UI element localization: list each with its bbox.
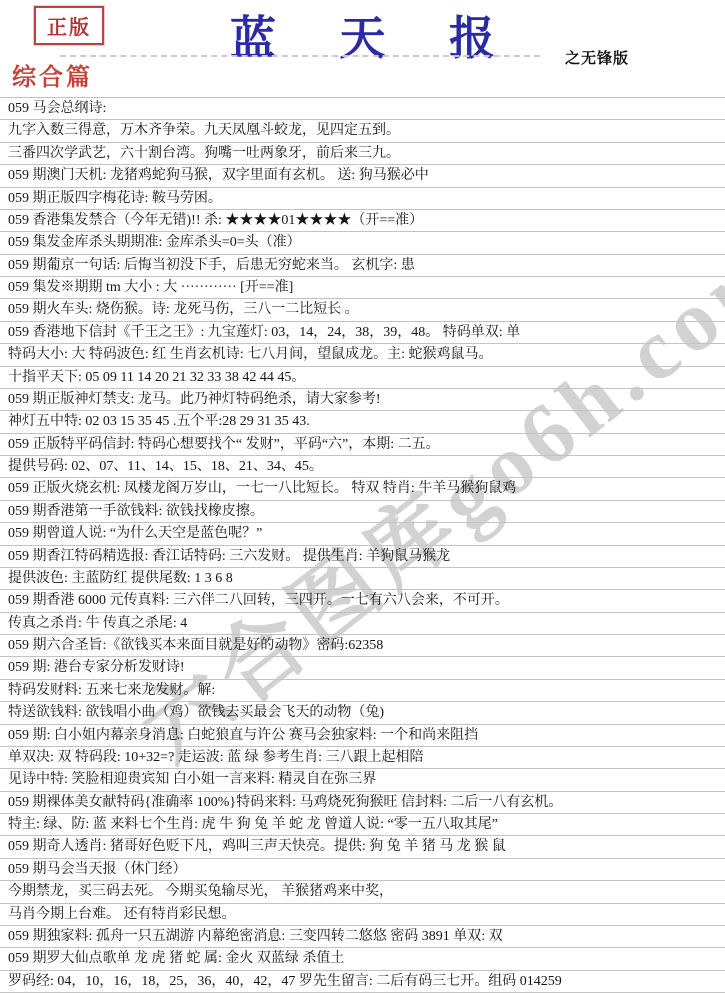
report-line: 特送欲钱料: 欲钱唱小曲（鸡）欲钱去买最会飞天的动物（兔) [0,702,725,724]
report-line: 059 期裸体美女献特码{准确率 100%}特码来料: 马鸡烧死狗猴旺 信封料:… [0,792,725,814]
report-line: 059 期火车头: 烧伤猴。诗: 龙死马伤，三八一二比短长 。 [0,299,725,321]
report-line: 单双决: 双 特码段: 10+32=? 走运波: 蓝 绿 参考生肖: 三八跟上起… [0,747,725,769]
report-line: 059 期香江特码精选报: 香江话特码: 三六发财。 提供生肖: 羊狗鼠马猴龙 [0,546,725,568]
report-line: 059 集发金库杀头期期准: 金库杀头=0=头（准） [0,232,725,254]
report-line: 059 正版特平码信封: 特码心想要找个“ 发财”，平码“六”，本期: 二五。 [0,434,725,456]
report-line: 特主: 绿、防: 蓝 来料七个生肖: 虎 牛 狗 兔 羊 蛇 龙 曾道人说: “… [0,814,725,836]
report-line: 059 期正版神灯禁支: 龙马。此乃神灯特码绝杀，请大家参考! [0,389,725,411]
report-line: 059 期香港第一手欲钱料: 欲钱找橡皮擦。 [0,501,725,523]
report-line: 059 香港地下信封《千王之王》: 九宝莲灯: 03，14，24，38，39，4… [0,322,725,344]
report-line: 059 期独家料: 孤舟一只五湖游 内幕绝密消息: 三变四转二悠悠 密码 389… [0,926,725,948]
report-line: 059 期奇人透肖: 猪哥好色贬下凡，鸡叫三声天快亮。提供: 狗 兔 羊 猪 马… [0,836,725,858]
report-line: 059 马会总纲诗: [0,98,725,120]
report-line: 059 期: 白小姐内幕亲身消息: 白蛇狼直与许公 赛马会独家料: 一个和尚来阻… [0,725,725,747]
report-line: 九字入数三得意，万木齐争荣。九天凤凰斗蛟龙，见四定五到。 [0,120,725,142]
edition-label: 之无锋版 [565,47,629,68]
section-heading: 综合篇 [12,57,93,92]
report-line: 今期禁龙，买三码去死。 今期买兔输尽光， 羊猴猪鸡来中奖， [0,881,725,903]
report-line: 059 期马会当天报（休门经） [0,859,725,881]
report-line: 059 正版火烧玄机: 凤楼龙阁万岁山，一七一八比短长。 特双 特肖: 牛羊马猴… [0,478,725,500]
report-line: 059 期正版四字梅花诗: 鞍马劳困。 [0,188,725,210]
report-line: 059 期: 港台专家分析发财诗! [0,657,725,679]
report-line: 059 期葡京一句话: 后悔当初没下手，后患无穷蛇来当。 玄机字: 患 [0,255,725,277]
report-page: 正版 蓝 天 报 之无锋版 综合篇 六合图库go6h.com 059 马会总纲诗… [0,0,725,993]
report-line: 马肖今期上台难。 还有特肖彩民想。 [0,904,725,926]
report-line: 特码发财料: 五来七来龙发财。解: [0,680,725,702]
report-line: 提供波色: 主蓝防红 提供尾数: 1 3 6 8 [0,568,725,590]
report-line: 059 期六合圣旨:《欲钱买本来面目就是好的动物》密码:62358 [0,635,725,657]
report-line: 059 集发※期期 tm 大小 : 大 ············ [开==准] [0,277,725,299]
report-line: 神灯五中特: 02 03 15 35 45 .五个平:28 29 31 35 4… [0,411,725,433]
report-line: 059 香港集发禁合（今年无错)!! 杀: ★★★★01★★★★（开==准） [0,210,725,232]
report-line: 059 期罗大仙点歌单 龙 虎 猪 蛇 属: 金火 双蓝绿 杀值土 [0,948,725,970]
report-line: 传真之杀肖: 牛 传真之杀尾: 4 [0,613,725,635]
report-line: 059 期香港 6000 元传真料: 三六伴二八回转，三四开。一七有六八会来，不… [0,590,725,612]
report-rows: 059 马会总纲诗:九字入数三得意，万木齐争荣。九天凤凰斗蛟龙，见四定五到。三番… [0,97,725,993]
report-line: 罗码经: 04，10，16，18，25，36，40，42，47 罗先生留言: 二… [0,971,725,993]
report-line: 059 期澳门天机: 龙猪鸡蛇狗马猴，双字里面有玄机。 送: 狗马猴必中 [0,165,725,187]
report-line: 提供号码: 02、07、11、14、15、18、21、34、45。 [0,456,725,478]
title-divider [60,55,540,57]
report-line: 见诗中特: 笑脸相迎贵宾知 白小姐一言来料: 精灵自在弥三界 [0,769,725,791]
report-line: 特码大小: 大 特码波色: 红 生肖玄机诗: 七八月间，望鼠成龙。主: 蛇猴鸡鼠… [0,344,725,366]
report-line: 三番四次学武艺，六十割台湾。狗嘴一吐两象牙，前后来三九。 [0,143,725,165]
report-line: 059 期曾道人说: “为什么天空是蓝色呢？” [0,523,725,545]
report-line: 十指平天下: 05 09 11 14 20 21 32 33 38 42 44 … [0,367,725,389]
